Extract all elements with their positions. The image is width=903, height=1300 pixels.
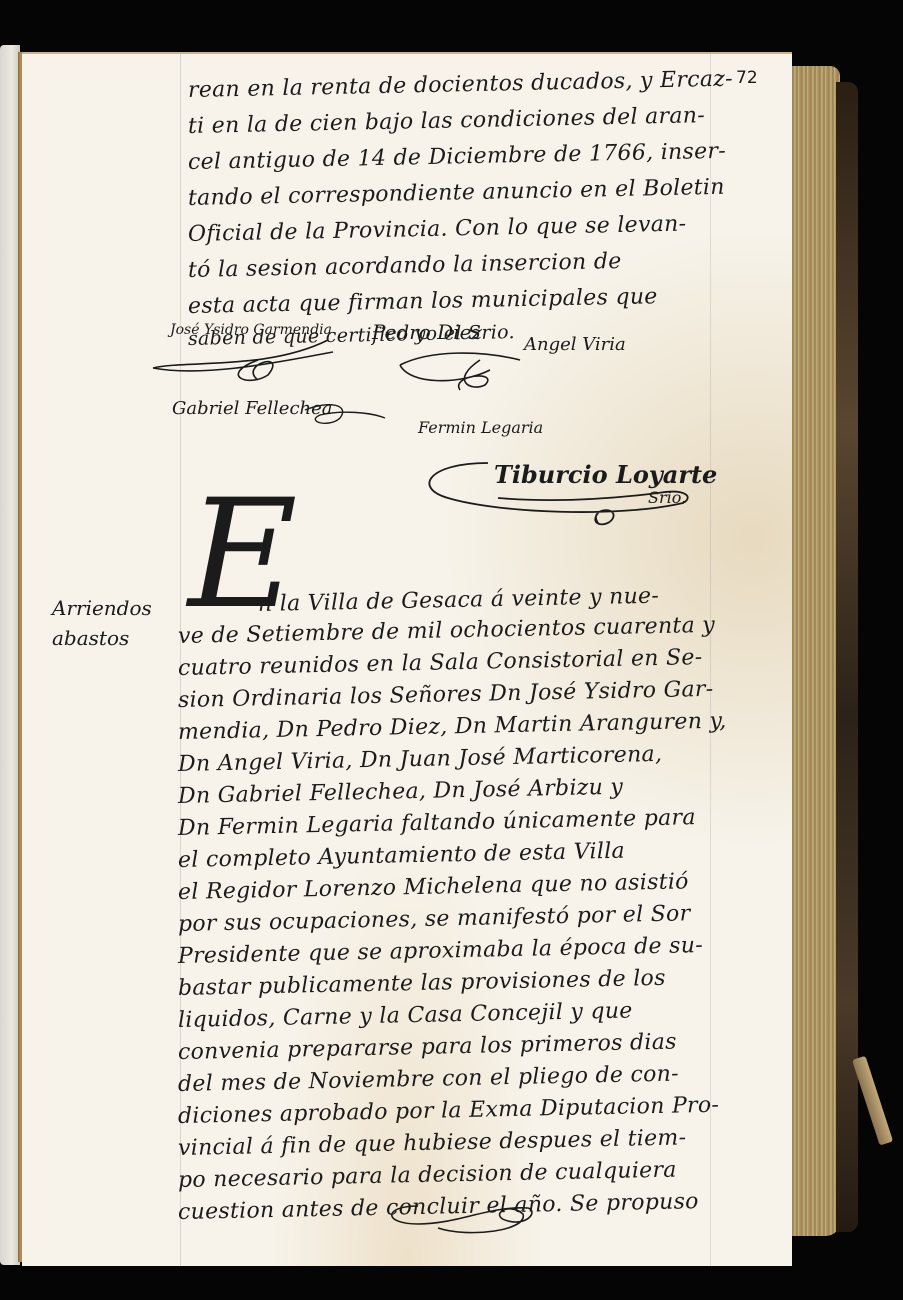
margin-note-line: Arriendos — [52, 596, 152, 620]
folio-number: 72 — [736, 68, 758, 88]
bookmark-ribbon — [852, 1056, 893, 1146]
margin-note-line: abastos — [52, 626, 129, 650]
right-margin-rule — [710, 54, 711, 1266]
closing-flourish-icon — [378, 1196, 538, 1241]
signature: Fermin Legaria — [418, 418, 543, 437]
signature-rubric-icon — [390, 340, 530, 395]
left-page-edge — [0, 45, 20, 1265]
book-page-edges — [790, 66, 840, 1236]
signature-rubric-icon — [148, 330, 338, 390]
signature-rubric-icon — [418, 458, 698, 538]
signature-rubric-icon — [300, 400, 390, 430]
signature: Angel Viria — [524, 334, 626, 355]
